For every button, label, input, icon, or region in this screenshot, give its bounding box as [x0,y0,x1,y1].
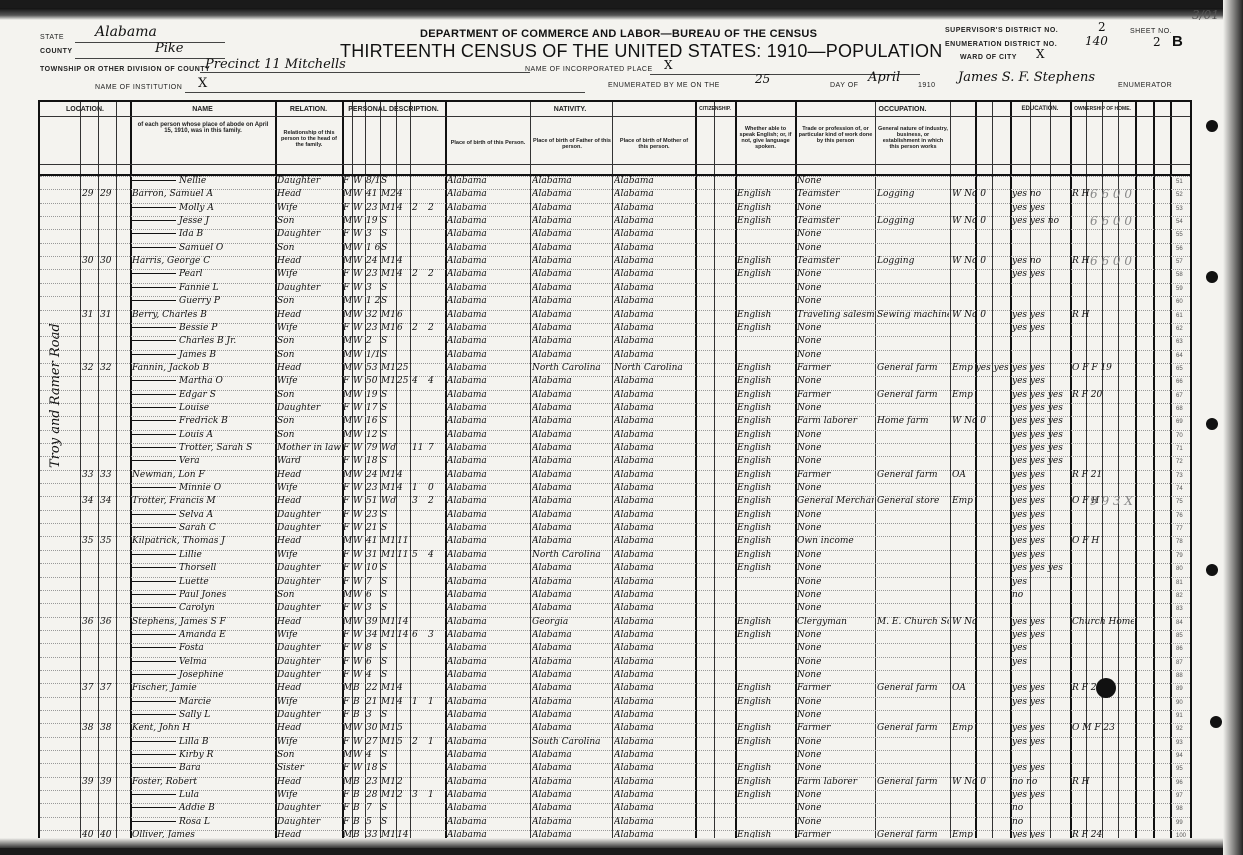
cell-ch2: 2 [428,269,444,279]
cell-ed: yes yes [1012,470,1070,480]
cell-ch1: 6 [412,630,426,640]
cell-dw: 35 [82,536,98,546]
cell-rel: Son [277,243,341,253]
cell-bm: Alabama [614,683,694,693]
cell-ind: M. E. Church South [877,617,949,627]
cell-race: W [353,189,365,199]
cell-yrs: 14 [397,617,410,627]
name-dash [132,354,176,355]
cell-bf: Alabama [532,710,612,720]
punch-hole [1206,418,1218,430]
line-number: 92 [1176,726,1183,732]
cell-ms: M1 [381,790,396,800]
cell-ch1: 11 [412,443,426,453]
name-dash [132,661,176,662]
cell-trade: None [797,763,874,773]
line-number: 70 [1176,433,1183,439]
line-number: 51 [1176,179,1183,185]
cell-bf: Alabama [532,683,612,693]
cell-bp: Alabama [447,376,529,386]
line-number: 55 [1176,232,1183,238]
cell-sex: M [343,590,352,600]
table-row: 3131Berry, Charles BHeadMW32M16AlabamaAl… [40,310,1190,324]
name-dash [132,180,176,181]
cell-bm: Alabama [614,296,694,306]
table-row: MarcieWifeFB21M1411AlabamaAlabamaAlabama… [40,697,1190,711]
given-name: Fosta [179,643,204,653]
name-dash [132,647,176,648]
cell-sex: F [343,269,352,279]
cell-bf: Alabama [532,763,612,773]
table-row: Fannie LDaughterFW3SAlabamaAlabamaAlabam… [40,283,1190,297]
cell-bf: Alabama [532,376,612,386]
cell-rel: Son [277,750,341,760]
line-number: 81 [1176,580,1183,586]
cell-age: 30 [366,723,380,733]
cell-bp: Alabama [447,630,529,640]
table-row: BaraSisterFW18SAlabamaAlabamaAlabamaEngl… [40,763,1190,777]
incorporated-value: X [664,58,673,72]
cell-race: W [353,430,365,440]
cell-name: Guerry P [132,296,274,306]
cell-trade: Farmer [797,363,874,373]
cell-race: W [353,577,365,587]
cell-ms: S [381,670,396,680]
nativity-heading: NATIVITY. [445,106,695,113]
cell-bf: Alabama [532,310,612,320]
cell-bf: Alabama [532,510,612,520]
given-name: Carolyn [179,603,215,613]
cell-sex: F [343,763,352,773]
name-dash [132,554,176,555]
cell-ms: M1 [381,363,396,373]
cell-dw: 29 [82,189,98,199]
cell-age: 17 [366,403,380,413]
cell-name: Molly A [132,203,274,213]
cell-bm: Alabama [614,229,694,239]
cell-age: 32 [366,310,380,320]
cell-lang: English [737,790,794,800]
table-row: PearlWifeFW23M1422AlabamaAlabamaAlabamaE… [40,269,1190,283]
cell-rel: Daughter [277,817,341,827]
cell-yrs: 25 [397,363,410,373]
cell-bf: Alabama [532,777,612,787]
name-dash [132,220,176,221]
cell-race: W [353,269,365,279]
cell-age: 3 [366,710,380,720]
cell-ind: General farm [877,777,949,787]
cell-trade: None [797,269,874,279]
cell-ch1: 4 [412,376,426,386]
table-row: VeraWardFW18SAlabamaAlabamaAlabamaEnglis… [40,456,1190,470]
cell-emp: W No 0 [952,416,1010,426]
cell-fam: 39 [100,777,116,787]
cell-ed: yes yes [1012,510,1070,520]
name-dash [132,741,176,742]
cell-rel: Son [277,590,341,600]
cell-sex: M [343,336,352,346]
cell-race: W [353,590,365,600]
cell-emp: W No 0 [952,256,1010,266]
cell-race: W [353,456,365,466]
cell-race: B [353,697,365,707]
table-row: Fredrick BSonMW16SAlabamaAlabamaAlabamaE… [40,416,1190,430]
cell-ms: Wd [381,496,396,506]
cell-lang: English [737,456,794,466]
cell-yrs: 4 [397,470,410,480]
cell-race: W [353,483,365,493]
name-dash [132,594,176,595]
cell-ms: S [381,510,396,520]
cell-age: 3 [366,603,380,613]
cell-bp: Alabama [447,443,529,453]
cell-name: Trotter, Sarah S [132,443,274,453]
given-name: Ida B [179,229,203,239]
cell-name: Luette [132,577,274,587]
table-row: Trotter, Sarah SMother in lawFW79Wd117Al… [40,443,1190,457]
cell-ch1: 2 [412,737,426,747]
line-number: 99 [1176,820,1183,826]
cell-emp: Emp [952,390,1010,400]
cell-bf: North Carolina [532,550,612,560]
cell-trade: Own income [797,536,874,546]
cell-ed: yes no [1012,189,1070,199]
punch-hole [1210,716,1222,728]
header-divider [40,116,1190,117]
cell-emp: OA [952,470,1010,480]
cell-sex: F [343,697,352,707]
cell-sex: M [343,310,352,320]
cell-bf: Alabama [532,216,612,226]
cell-trade: None [797,323,874,333]
cell-bm: Alabama [614,456,694,466]
cell-own: O F H [1072,536,1134,546]
enumeration-day: 25 [755,72,770,86]
cell-bm: North Carolina [614,363,694,373]
name-dash [132,300,176,301]
cell-ed: yes yes yes [1012,390,1070,400]
cell-rel: Wife [277,550,341,560]
cell-bf: Alabama [532,577,612,587]
cell-bf: Alabama [532,630,612,640]
cell-rel: Daughter [277,670,341,680]
cell-bm: Alabama [614,496,694,506]
line-number: 90 [1176,700,1183,706]
cell-bp: Alabama [447,590,529,600]
cell-rel: Wife [277,203,341,213]
cell-lang: English [737,523,794,533]
name-dash [132,567,176,568]
table-row: Selva ADaughterFW23SAlabamaAlabamaAlabam… [40,510,1190,524]
cell-name: Harris, George C [132,256,274,266]
cell-dw: 32 [82,363,98,373]
given-name: Bara [179,763,201,773]
table-row: Minnie OWifeFW23M1410AlabamaAlabamaAlaba… [40,483,1190,497]
cell-own: O M F 23 [1072,723,1134,733]
cell-emp: W No 0 [952,216,1010,226]
ward-value: X [1036,47,1045,61]
table-row: 3636Stephens, James S FHeadMW39M114Alaba… [40,617,1190,631]
cell-sex: F [343,550,352,560]
given-name: Josephine [179,670,224,680]
name-dash [132,634,176,635]
cell-ed: yes yes [1012,269,1070,279]
cell-bf: Georgia [532,617,612,627]
table-row: Guerry PSonMW1 2/12SAlabamaAlabamaAlabam… [40,296,1190,310]
cell-lang: English [737,416,794,426]
cell-rel: Son [277,430,341,440]
cell-age: 19 [366,216,380,226]
cell-sex: F [343,643,352,653]
cell-sex: F [343,403,352,413]
cell-age: 22 [366,683,380,693]
cell-ch1: 2 [412,323,426,333]
cell-yrs: 6 [397,310,410,320]
table-row: Paul JonesSonMW6SAlabamaAlabamaAlabamaNo… [40,590,1190,604]
line-number: 94 [1176,753,1183,759]
name-dash [132,327,176,328]
cell-age: 6 [366,657,380,667]
cell-ch1: 2 [412,203,426,213]
cell-bf: Alabama [532,243,612,253]
table-row: LuetteDaughterFW7SAlabamaAlabamaAlabamaN… [40,577,1190,591]
cell-ms: S [381,243,396,253]
name-dash [132,794,176,795]
cell-name: Fosta [132,643,274,653]
cell-ms: S [381,416,396,426]
cell-fam: 34 [100,496,116,506]
cell-age: 16 [366,416,380,426]
cell-rel: Head [277,470,341,480]
line-number: 53 [1176,206,1183,212]
cell-ch2: 4 [428,550,444,560]
cell-bf: Alabama [532,496,612,506]
cell-age: 34 [366,630,380,640]
cell-yrs: 4 [397,483,410,493]
cell-race: B [353,817,365,827]
name-dash [132,447,176,448]
name-dash [132,340,176,341]
state-label: STATE [40,34,64,41]
cell-bp: Alabama [447,216,529,226]
given-name: Lula [179,790,199,800]
cell-sex: F [343,577,352,587]
cell-bm: Alabama [614,737,694,747]
cell-own: O F F 19 [1072,363,1134,373]
personal-heading: PERSONAL DESCRIPTION. [342,106,445,113]
cell-lang: English [737,256,794,266]
cell-bm: Alabama [614,203,694,213]
cell-name: Louis A [132,430,274,440]
cell-bm: Alabama [614,403,694,413]
cell-age: 23 [366,483,380,493]
state-underline [75,42,225,43]
cell-bp: Alabama [447,363,529,373]
line-number: 88 [1176,673,1183,679]
cell-race: B [353,803,365,813]
given-name: Jesse J [179,216,209,226]
given-name: Pearl [179,269,203,279]
cell-race: W [353,617,365,627]
cell-bp: Alabama [447,737,529,747]
cell-sex: M [343,296,352,306]
cell-own: R F 21 [1072,470,1134,480]
cell-name: Velma [132,657,274,667]
line-number: 68 [1176,406,1183,412]
cell-race: W [353,443,365,453]
cell-sex: M [343,750,352,760]
cell-ch2: 1 [428,737,444,747]
cell-bm: Alabama [614,269,694,279]
given-name: Kirby R [179,750,213,760]
cell-age: 4 [366,750,380,760]
cell-emp: Emp [952,496,1010,506]
cell-ind: Logging [877,216,949,226]
cell-trade: Teamster [797,216,874,226]
cell-dw: 36 [82,617,98,627]
cell-ch2: 2 [428,496,444,506]
line-number: 93 [1176,740,1183,746]
cell-mark: 6 6 0 0 [1090,214,1170,228]
cell-trade: None [797,443,874,453]
cell-bm: Alabama [614,323,694,333]
cell-age: 3 [366,229,380,239]
cell-sex: M [343,683,352,693]
cell-name: Ida B [132,229,274,239]
scan-top-edge [0,8,1243,20]
cell-race: W [353,310,365,320]
cell-rel: Head [277,189,341,199]
name-dash [132,460,176,461]
cell-name: Berry, Charles B [132,310,274,320]
cell-race: W [353,603,365,613]
relation-heading: RELATION. [275,106,342,113]
cell-mark: 9 9 3 X [1090,494,1170,508]
given-name: Martha O [179,376,223,386]
line-number: 71 [1176,446,1183,452]
cell-trade: Farm laborer [797,416,874,426]
cell-bf: Alabama [532,470,612,480]
cell-bp: Alabama [447,723,529,733]
cell-ind: General farm [877,363,949,373]
road-annotation: Troy and Ramer Road [48,323,63,468]
cell-rel: Daughter [277,229,341,239]
cell-trade: None [797,737,874,747]
table-row: Sally LDaughterFB3SAlabamaAlabamaAlabama… [40,710,1190,724]
cell-race: B [353,683,365,693]
cell-bp: Alabama [447,203,529,213]
cell-lang: English [737,496,794,506]
cell-name: Kirby R [132,750,274,760]
ed-value: 140 [1085,34,1108,48]
cell-ms: M1 [381,483,396,493]
cell-own: R H [1072,310,1134,320]
cell-age: 18 [366,763,380,773]
cell-race: W [353,563,365,573]
name-dash [132,581,176,582]
cell-name: Rosa L [132,817,274,827]
cell-ed: yes yes [1012,790,1070,800]
cell-trade: None [797,376,874,386]
table-row: JosephineDaughterFW4SAlabamaAlabamaAlaba… [40,670,1190,684]
cell-ind: General farm [877,723,949,733]
cell-mark: 6 6 0 0 [1090,187,1170,201]
cell-age: 23 [366,510,380,520]
given-name: Louis A [179,430,213,440]
census-table: LOCATION. NAME of each person whose plac… [38,100,1192,848]
table-row: Addie BDaughterFB7SAlabamaAlabamaAlabama… [40,803,1190,817]
name-dash [132,420,176,421]
cell-own: R H [1072,777,1134,787]
cell-race: W [353,643,365,653]
given-name: Louise [179,403,209,413]
cell-bp: Alabama [447,603,529,613]
cell-ed: yes no [1012,256,1070,266]
cell-sex: F [343,630,352,640]
cell-bp: Alabama [447,269,529,279]
cell-name: Louise [132,403,274,413]
cell-ed: yes yes [1012,536,1070,546]
cell-name: Trotter, Francis M [132,496,274,506]
cell-ch1: 1 [412,697,426,707]
cell-bm: Alabama [614,577,694,587]
cell-name: Nellie [132,176,274,186]
cell-ms: M1 [381,256,396,266]
cell-ms: M2 [381,189,396,199]
cell-name: Vera [132,456,274,466]
cell-trade: None [797,176,874,186]
cell-ed: no no [1012,777,1070,787]
sheet-stamp: 3/01 [1192,8,1219,22]
given-name: Marcie [179,697,211,707]
cell-trade: None [797,403,874,413]
cell-name: Carolyn [132,603,274,613]
cell-sex: F [343,657,352,667]
cell-sex: F [343,443,352,453]
cell-bp: Alabama [447,763,529,773]
cell-rel: Son [277,390,341,400]
department-heading: DEPARTMENT OF COMMERCE AND LABOR—BUREAU … [420,28,817,40]
cell-rel: Head [277,256,341,266]
cell-lang: English [737,443,794,453]
cell-name: Josephine [132,670,274,680]
cell-ch2: 1 [428,790,444,800]
cell-name: Bessie P [132,323,274,333]
cell-trade: None [797,523,874,533]
cell-trade: General Merchant [797,496,874,506]
cell-trade: None [797,697,874,707]
cell-sex: M [343,617,352,627]
line-number: 89 [1176,686,1183,692]
census-sheet: STATE Alabama COUNTY Pike TOWNSHIP OR OT… [0,8,1243,848]
line-number: 54 [1176,219,1183,225]
cell-race: W [353,229,365,239]
cell-bp: Alabama [447,350,529,360]
cell-bf: Alabama [532,390,612,400]
cell-age: 21 [366,523,380,533]
cell-name: Martha O [132,376,274,386]
line-number: 84 [1176,620,1183,626]
line-number: 75 [1176,499,1183,505]
line-number: 62 [1176,326,1183,332]
cell-lang: English [737,203,794,213]
cell-lang: English [737,723,794,733]
cell-name: Lula [132,790,274,800]
cell-ch2: 3 [428,630,444,640]
given-name: Guerry P [179,296,220,306]
birth-father-heading: Place of birth of Father of this person. [533,138,611,150]
education-heading: EDUCATION. [1010,106,1070,112]
